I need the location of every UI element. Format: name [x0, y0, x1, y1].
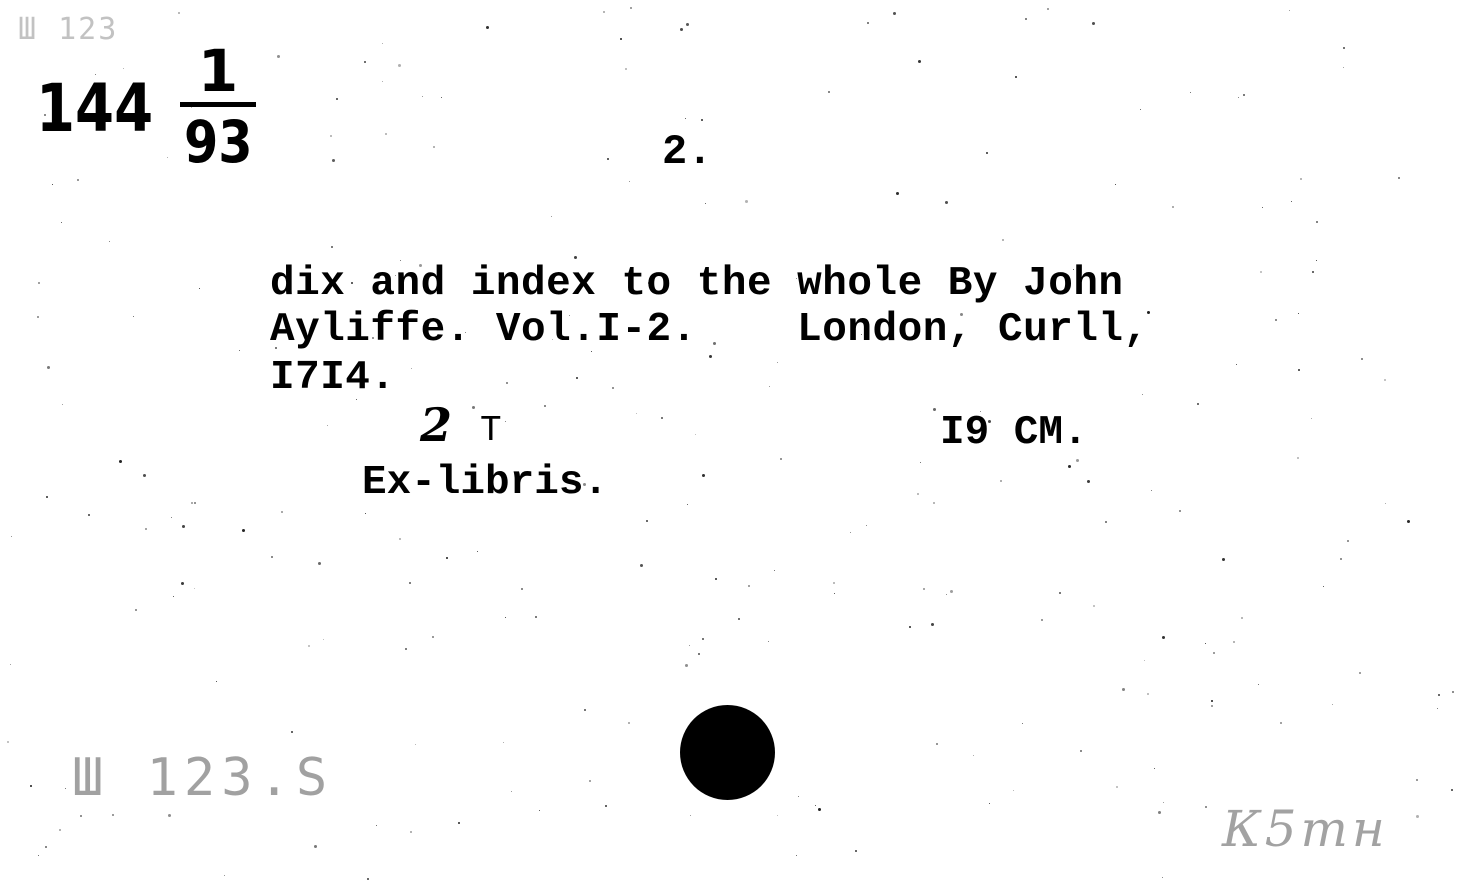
scan-speckle	[465, 332, 466, 333]
scan-speckle	[698, 653, 700, 655]
scan-speckle	[65, 788, 66, 789]
scan-speckle	[760, 728, 761, 729]
scan-speckle	[1080, 750, 1082, 752]
scan-speckle	[796, 278, 797, 279]
scan-speckle	[738, 618, 740, 620]
scan-speckle	[521, 588, 523, 590]
scan-speckle	[867, 22, 869, 24]
scan-speckle	[1298, 313, 1299, 314]
scan-speckle	[1211, 705, 1213, 707]
scan-speckle	[314, 845, 317, 848]
scan-speckle	[933, 408, 936, 411]
scan-speckle	[415, 744, 416, 745]
scan-speckle	[685, 664, 688, 667]
scan-speckle	[171, 517, 172, 518]
scan-speckle	[768, 641, 769, 642]
scan-speckle	[715, 578, 717, 580]
scan-speckle	[1122, 688, 1125, 691]
scan-speckle	[1013, 790, 1014, 791]
scan-speckle	[551, 216, 552, 217]
scan-speckle	[194, 588, 195, 589]
scan-speckle	[45, 846, 47, 848]
scan-speckle	[909, 626, 911, 628]
scan-speckle	[382, 81, 383, 82]
scan-speckle	[1142, 394, 1143, 395]
scan-speckle	[242, 529, 245, 532]
scan-speckle	[605, 805, 607, 807]
scan-speckle	[629, 181, 630, 182]
scan-speckle	[486, 26, 489, 29]
scan-speckle	[1280, 722, 1282, 724]
scan-speckle	[986, 152, 988, 154]
scan-speckle	[1197, 403, 1199, 405]
scan-speckle	[850, 532, 851, 533]
scan-speckle	[646, 520, 648, 522]
scan-speckle	[1452, 691, 1454, 693]
scan-speckle	[224, 875, 225, 876]
scan-speckle	[400, 260, 401, 261]
scan-speckle	[1022, 723, 1023, 724]
scan-speckle	[356, 399, 357, 400]
scan-speckle	[385, 133, 387, 135]
scan-speckle	[409, 582, 411, 584]
volumes-handwritten: 2	[420, 398, 452, 452]
scan-speckle	[933, 502, 935, 504]
scan-speckle	[689, 645, 690, 646]
scan-speckle	[511, 791, 512, 792]
bottom-stamp: Ш 123.S	[72, 748, 333, 808]
body-line-3: I7I4.	[270, 356, 396, 400]
scan-speckle	[687, 504, 688, 505]
scan-speckle	[1398, 177, 1400, 179]
scan-speckle	[382, 43, 383, 44]
scan-speckle	[745, 200, 748, 203]
scan-speckle	[376, 825, 377, 826]
scan-speckle	[1163, 802, 1164, 803]
scan-speckle	[960, 313, 963, 316]
scan-speckle	[59, 829, 61, 831]
scan-speckle	[685, 118, 686, 119]
scan-speckle	[893, 12, 896, 15]
scan-speckle	[574, 256, 577, 259]
scan-speckle	[398, 64, 401, 67]
scan-speckle	[239, 350, 240, 351]
scan-speckle	[1154, 768, 1155, 769]
scan-speckle	[505, 421, 506, 422]
scan-speckle	[1289, 10, 1290, 11]
scan-speckle	[46, 496, 48, 498]
scan-speckle	[182, 525, 185, 528]
scan-speckle	[173, 596, 174, 597]
scan-speckle	[458, 822, 460, 824]
scan-speckle	[143, 474, 146, 477]
scan-speckle	[1002, 239, 1004, 241]
scan-speckle	[194, 502, 196, 504]
fraction-numerator: 1	[178, 40, 258, 102]
scan-speckle	[37, 316, 39, 318]
scan-speckle	[95, 74, 96, 75]
scan-speckle	[818, 808, 821, 811]
scan-speckle	[1291, 201, 1292, 202]
scan-speckle	[1297, 457, 1299, 459]
scan-speckle	[1172, 206, 1174, 208]
volumes-unit: T	[480, 410, 502, 451]
scan-speckle	[119, 460, 122, 463]
scan-speckle	[1041, 619, 1043, 621]
scan-speckle	[80, 815, 82, 817]
scan-speckle	[99, 125, 100, 126]
scan-speckle	[133, 316, 134, 317]
scan-speckle	[834, 593, 835, 594]
scan-speckle	[351, 282, 353, 284]
scan-speckle	[769, 386, 770, 387]
scan-speckle	[1162, 636, 1165, 639]
scan-speckle	[917, 493, 919, 495]
scan-speckle	[946, 594, 947, 595]
scan-speckle	[191, 502, 193, 504]
scan-speckle	[191, 107, 192, 108]
scan-speckle	[612, 387, 614, 389]
scan-speckle	[291, 731, 293, 733]
catalog-card: Ш 123 144 1 93 2. dix and index to the w…	[0, 0, 1466, 882]
scan-speckle	[181, 582, 184, 585]
scan-speckle	[1162, 877, 1163, 878]
scan-speckle	[1211, 700, 1213, 702]
scan-speckle	[1213, 652, 1215, 654]
scan-speckle	[432, 636, 434, 638]
book-size: I9 CM.	[940, 410, 1088, 456]
scan-speckle	[38, 282, 40, 284]
scan-speckle	[330, 135, 332, 137]
scan-speckle	[411, 368, 412, 369]
scan-speckle	[1361, 358, 1363, 360]
scan-speckle	[1451, 789, 1453, 791]
scan-speckle	[1241, 617, 1243, 619]
scan-speckle	[896, 192, 899, 195]
scan-speckle	[1343, 47, 1345, 49]
scan-speckle	[695, 434, 696, 435]
scan-speckle	[1059, 592, 1061, 594]
scan-speckle	[323, 639, 324, 640]
scan-speckle	[1332, 704, 1333, 705]
scan-speckle	[1298, 369, 1300, 371]
scan-speckle	[1438, 694, 1440, 696]
scan-speckle	[709, 355, 712, 358]
scan-speckle	[1076, 459, 1079, 462]
scan-speckle	[589, 780, 591, 782]
scan-speckle	[178, 12, 180, 14]
scan-speckle	[661, 417, 663, 419]
scan-speckle	[1151, 490, 1152, 491]
scan-speckle	[281, 511, 283, 513]
scan-speckle	[583, 483, 586, 486]
scan-speckle	[625, 68, 627, 70]
scan-speckle	[372, 337, 374, 339]
scan-speckle	[38, 855, 39, 856]
fraction-denominator: 93	[184, 107, 252, 177]
scan-speckle	[1000, 480, 1002, 482]
scan-speckle	[713, 342, 716, 345]
scan-speckle	[410, 831, 412, 833]
scan-speckle	[918, 60, 921, 63]
call-number-main: 144	[36, 70, 153, 147]
scan-speckle	[620, 38, 622, 40]
scan-speckle	[1384, 379, 1386, 381]
scan-speckle	[199, 288, 200, 289]
scan-speckle	[1222, 558, 1225, 561]
scan-speckle	[52, 184, 53, 185]
scan-speckle	[1144, 660, 1145, 661]
scan-speckle	[1092, 22, 1095, 25]
scan-speckle	[945, 201, 948, 204]
scan-speckle	[1073, 269, 1074, 270]
scan-speckle	[1323, 586, 1324, 587]
scan-speckle	[1312, 271, 1314, 273]
scan-speckle	[725, 287, 728, 290]
scan-speckle	[989, 803, 990, 804]
scan-speckle	[167, 157, 168, 158]
scan-speckle	[1416, 815, 1419, 818]
scan-speckle	[923, 588, 925, 590]
scan-speckle	[1437, 708, 1438, 709]
scan-speckle	[61, 222, 62, 223]
scan-speckle	[1260, 271, 1262, 273]
scan-speckle	[47, 366, 50, 369]
scan-speckle	[472, 406, 475, 409]
scan-speckle	[331, 246, 333, 248]
scan-speckle	[1416, 779, 1418, 781]
scan-speckle	[505, 617, 506, 618]
scan-speckle	[1359, 672, 1361, 674]
scan-speckle	[569, 315, 570, 316]
scan-speckle	[1316, 260, 1317, 261]
scan-speckle	[1205, 806, 1207, 808]
scan-speckle	[123, 68, 124, 69]
scan-speckle	[988, 420, 991, 423]
scan-speckle	[308, 645, 310, 647]
scan-speckle	[950, 590, 953, 593]
scan-speckle	[936, 743, 938, 745]
scan-speckle	[419, 264, 422, 267]
scan-speckle	[1158, 811, 1161, 814]
scan-speckle	[271, 556, 273, 558]
call-number-fraction: 1 93	[178, 40, 258, 177]
scan-speckle	[112, 814, 114, 816]
scan-speckle	[1275, 319, 1277, 321]
scan-speckle	[636, 413, 637, 414]
scan-speckle	[10, 664, 11, 665]
scan-speckle	[1087, 480, 1090, 483]
scan-speckle	[1105, 521, 1107, 523]
scan-speckle	[1347, 540, 1349, 542]
scan-speckle	[552, 339, 553, 340]
scan-speckle	[648, 282, 650, 284]
scan-speckle	[855, 850, 857, 852]
scan-speckle	[705, 203, 706, 204]
scan-speckle	[367, 878, 369, 880]
scan-speckle	[866, 525, 867, 526]
scan-speckle	[584, 709, 586, 711]
scan-speckle	[702, 638, 704, 640]
scan-speckle	[680, 28, 683, 31]
scan-speckle	[931, 623, 934, 626]
scan-speckle	[861, 334, 862, 335]
scan-speckle	[748, 585, 750, 587]
scan-speckle	[535, 616, 537, 618]
scan-speckle	[777, 815, 778, 816]
scan-speckle	[1205, 643, 1206, 644]
scan-speckle	[1407, 520, 1410, 523]
scan-speckle	[780, 458, 782, 460]
scan-speckle	[1140, 109, 1141, 110]
scan-speckle	[30, 785, 32, 787]
scan-speckle	[446, 557, 448, 559]
scan-speckle	[506, 382, 508, 384]
scan-speckle	[109, 241, 110, 242]
card-sequence-number: 2.	[662, 128, 712, 176]
scan-speckle	[1262, 207, 1263, 208]
scan-speckle	[1179, 510, 1181, 512]
scan-speckle	[973, 755, 974, 756]
scan-speckle	[690, 815, 691, 816]
scan-speckle	[702, 474, 705, 477]
scan-speckle	[539, 810, 540, 811]
scan-speckle	[796, 855, 797, 856]
scan-speckle	[395, 275, 396, 276]
scan-speckle	[607, 158, 609, 160]
scan-speckle	[1093, 605, 1095, 607]
scan-speckle	[828, 91, 830, 93]
scan-speckle	[405, 648, 407, 650]
scan-speckle	[640, 564, 643, 567]
body-line-2: Ayliffe. Vol.I-2. London, Curll,	[270, 308, 1149, 352]
scan-speckle	[477, 551, 478, 552]
scan-speckle	[1068, 465, 1071, 468]
top-stamp: Ш 123	[18, 12, 118, 47]
scan-speckle	[1236, 364, 1237, 365]
scan-speckle	[1015, 76, 1017, 78]
scan-speckle	[503, 742, 504, 743]
scan-speckle	[336, 98, 338, 100]
scan-speckle	[980, 411, 981, 412]
scan-speckle	[88, 514, 90, 516]
scan-speckle	[1233, 641, 1235, 643]
scan-speckle	[62, 404, 63, 405]
scan-speckle	[318, 562, 321, 565]
scan-speckle	[576, 377, 578, 379]
punch-hole	[680, 705, 775, 800]
scan-speckle	[1385, 503, 1386, 504]
scan-speckle	[145, 528, 147, 530]
scan-speckle	[1147, 311, 1150, 314]
scan-speckle	[77, 179, 79, 181]
scan-speckle	[1025, 18, 1027, 20]
scan-speckle	[7, 741, 9, 743]
scan-speckle	[798, 796, 799, 797]
scan-speckle	[11, 536, 12, 537]
scan-speckle	[630, 7, 632, 9]
scan-speckle	[399, 538, 401, 540]
scan-speckle	[1190, 92, 1191, 93]
scan-speckle	[1115, 184, 1116, 185]
scan-speckle	[1238, 97, 1239, 98]
scan-speckle	[168, 814, 171, 817]
scan-speckle	[1311, 418, 1312, 419]
scan-speckle	[1340, 558, 1342, 560]
scan-speckle	[701, 119, 703, 121]
scan-speckle	[603, 11, 605, 13]
scan-speckle	[1343, 67, 1344, 68]
scan-speckle	[774, 570, 775, 571]
scan-speckle	[332, 159, 335, 162]
scan-speckle	[135, 609, 137, 611]
scan-speckle	[1300, 178, 1302, 180]
scan-speckle	[777, 362, 778, 363]
scan-speckle	[441, 97, 442, 98]
scan-speckle	[920, 462, 921, 463]
bottom-right-scribble: К5тн	[1222, 800, 1389, 858]
scan-speckle	[628, 722, 630, 724]
scan-speckle	[275, 347, 277, 349]
scan-speckle	[1258, 684, 1259, 685]
scan-speckle	[44, 114, 46, 116]
scan-speckle	[1147, 693, 1149, 695]
scan-speckle	[1316, 221, 1318, 223]
scan-speckle	[544, 405, 546, 407]
scan-speckle	[686, 23, 689, 26]
scan-speckle	[365, 513, 366, 514]
scan-speckle	[591, 351, 592, 352]
scan-speckle	[815, 805, 816, 806]
scan-speckle	[277, 55, 280, 58]
ex-libris-note: Ex-libris.	[362, 460, 608, 506]
scan-speckle	[1243, 94, 1245, 96]
scan-speckle	[1116, 786, 1118, 788]
scan-speckle	[216, 681, 217, 682]
scan-speckle	[433, 146, 435, 148]
scan-speckle	[833, 582, 835, 584]
scan-speckle	[1047, 8, 1049, 10]
body-line-1: dix and index to the whole By John	[270, 262, 1124, 306]
scan-speckle	[422, 96, 423, 97]
scan-speckle	[364, 61, 366, 63]
scan-speckle	[327, 425, 328, 426]
